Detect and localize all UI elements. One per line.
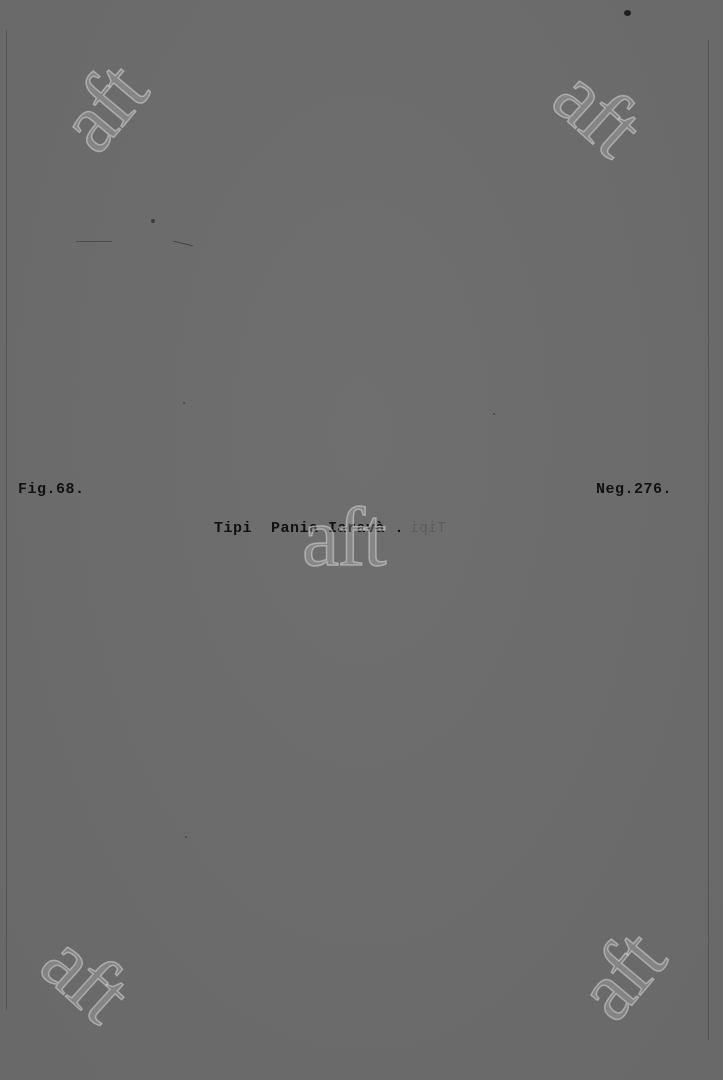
negative-number: Neg.276. bbox=[596, 481, 672, 498]
right-edge-line bbox=[708, 40, 709, 1040]
aft-watermark-icon: aft bbox=[539, 53, 657, 171]
aft-watermark-icon: aft bbox=[563, 917, 680, 1034]
aft-watermark-center-icon: aft bbox=[302, 496, 385, 580]
figure-number: Fig.68. bbox=[18, 481, 85, 498]
mirrored-ghost-text: Tipi bbox=[410, 520, 446, 537]
scratch-mark bbox=[173, 241, 193, 247]
dust-speck bbox=[185, 836, 187, 838]
dust-speck bbox=[493, 413, 495, 415]
scanned-document-page: aft aft aft aft Fig.68. Neg.276. Tipi Ti… bbox=[0, 0, 723, 1080]
dust-speck bbox=[151, 219, 155, 223]
aft-watermark-icon: aft bbox=[27, 919, 145, 1037]
dust-speck bbox=[624, 10, 631, 16]
dust-speck bbox=[183, 402, 185, 404]
left-edge-line bbox=[6, 30, 7, 1010]
scratch-mark bbox=[76, 241, 112, 242]
aft-watermark-icon: aft bbox=[45, 49, 162, 166]
